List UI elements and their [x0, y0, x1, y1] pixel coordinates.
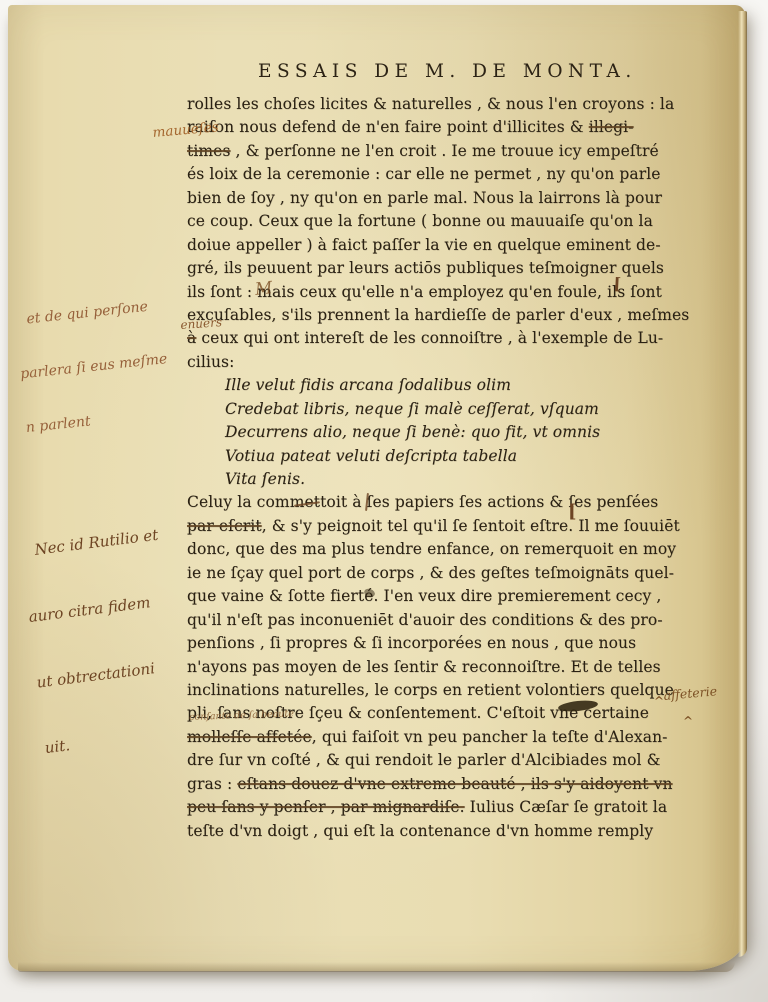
struck-text: par eſcrit [187, 517, 262, 535]
print-text: penſions , ſi propres & ſi incorporées e… [187, 634, 636, 652]
print-text: Votiua pateat veluti deſcripta tabella [225, 447, 517, 465]
print-line: times , & perſonne ne l'en croit . Ie me… [187, 140, 679, 163]
overwritten-capital-m-mark: M [254, 278, 273, 300]
print-text: Celuy la commettoit à ſes papiers ſes ac… [187, 493, 658, 511]
print-text: qu'il n'eſt pas inconueniēt d'auoir des … [187, 611, 663, 629]
print-line: qu'il n'eſt pas inconueniēt d'auoir des … [187, 609, 679, 632]
print-line: molleſſe affetée, qui faiſoit vn peu pan… [187, 726, 679, 749]
margin-note-line: auro citra fidem [27, 589, 167, 628]
print-text: Credebat libris, neque ſi malè ceſſerat,… [225, 400, 599, 418]
print-text: Vita ſenis. [225, 470, 305, 488]
print-line: peu ſans y penſer , par mignardiſe. Iuli… [187, 796, 679, 819]
print-text: inclinations naturelles, le corps en ret… [187, 681, 674, 699]
insertion-bracket-mark: [ [613, 274, 622, 293]
print-line: Votiua pateat veluti deſcripta tabella [187, 445, 679, 468]
print-line: inclinations naturelles, le corps en ret… [187, 679, 679, 702]
print-text: donc, que des ma plus tendre enfance, on… [187, 540, 676, 558]
print-line: que vaine & ſotte fierté. I'en veux dire… [187, 585, 679, 608]
print-line: Decurrens alio, neque ſi benè: quo fit, … [187, 421, 679, 444]
struck-text: molleſſe affetée [187, 728, 312, 746]
margin-note-left-persone: et de qui perſone parlera ſi eus meſme n… [10, 261, 177, 473]
margin-note-line: parlera ſi eus meſme [19, 350, 168, 383]
print-line: doiue appeller ) à faict paſſer la vie e… [187, 234, 679, 257]
print-text: gré, ils peuuent par leurs actiōs publiq… [187, 259, 664, 277]
margin-note-line: n parlent [25, 404, 174, 437]
print-text: , & perſonne ne l'en croit . Ie me trouu… [231, 142, 659, 160]
print-text: gras : [187, 775, 237, 793]
print-line: par eſcrit, & s'y peignoit tel qu'il ſe … [187, 515, 679, 538]
print-line: Vita ſenis. [187, 468, 679, 491]
insertion-caret-mark: ^ [654, 694, 664, 708]
print-line: raiſon nous defend de n'en faire point d… [187, 116, 679, 139]
print-line: cilius: [187, 351, 679, 374]
insertion-bracket-mark: [ [568, 501, 577, 522]
scan-background: { "document": { "running_header": "ESSAI… [0, 0, 768, 1002]
print-text: Decurrens alio, neque ſi benè: quo fit, … [225, 423, 600, 441]
print-line: Celuy la commettoit à ſes papiers ſes ac… [187, 491, 679, 514]
struck-text: illegi- [589, 118, 634, 136]
print-text: ceux qui ont intereſt de les connoiſtre … [196, 329, 663, 347]
print-text: ie ne ſçay quel port de corps , & des ge… [187, 564, 674, 582]
margin-correction-affeterie: affeterie [663, 683, 718, 703]
print-text: , & s'y peignoit tel qu'il ſe ſentoit eſ… [262, 517, 680, 535]
book-page: ESSAIS DE M. DE MONTA. rolles les choſes… [8, 5, 745, 971]
print-text: rolles les choſes licites & naturelles ,… [187, 95, 674, 113]
print-text: dre ſur vn coſté , & qui rendoit le parl… [187, 751, 661, 769]
print-text: Ille velut fidis arcana ſodalibus olim [225, 376, 511, 394]
print-text: raiſon nous defend de n'en faire point d… [187, 118, 589, 136]
struck-text: eſtans douez d'vne extreme beauté , ils … [237, 775, 672, 793]
margin-note-line: ut obtrectationi [35, 655, 175, 694]
print-text: cilius: [187, 353, 234, 371]
margin-note-line: Nec id Rutilio et [33, 524, 159, 561]
print-text: , qui faiſoit vn peu pancher la teſte d'… [312, 728, 668, 746]
print-text: és loix de la ceremonie : car elle ne pe… [187, 165, 661, 183]
print-line: ie ne ſçay quel port de corps , & des ge… [187, 562, 679, 585]
print-text: Iulius Cæſar ſe gratoit la [465, 798, 668, 816]
struck-text: times [187, 142, 231, 160]
print-line: à ceux qui ont intereſt de les connoiſtr… [187, 327, 679, 350]
print-text: ce coup. Ceux que la fortune ( bonne ou … [187, 212, 653, 230]
print-line: dre ſur vn coſté , & qui rendoit le parl… [187, 749, 679, 772]
margin-note-left-rutilio: Nec id Rutilio et auro citra fidem ut ob… [14, 480, 189, 803]
insertion-caret-mark: ^ [683, 714, 693, 728]
print-line: donc, que des ma plus tendre enfance, on… [187, 538, 679, 561]
running-header: ESSAIS DE M. DE MONTA. [258, 61, 637, 82]
print-line: Credebat libris, neque ſi malè ceſſerat,… [187, 398, 679, 421]
print-line: ce coup. Ceux que la fortune ( bonne ou … [187, 210, 679, 233]
print-text: teſte d'vn doigt , qui eſt la contenance… [187, 822, 653, 840]
interline-correction-enuers: enuers [180, 315, 222, 332]
print-text: excuſables, s'ils prennent la hardieſſe … [187, 306, 689, 324]
print-text: bien de ſoy , ny qu'on en parle mal. Nou… [187, 189, 662, 207]
print-line: excuſables, s'ils prennent la hardieſſe … [187, 304, 679, 327]
struck-text: à [187, 329, 196, 347]
print-line: bien de ſoy , ny qu'on en parle mal. Nou… [187, 187, 679, 210]
print-line: Ille velut fidis arcana ſodalibus olim [187, 374, 679, 397]
margin-note-line: et de qui perſone [26, 296, 163, 328]
print-line: és loix de la ceremonie : car elle ne pe… [187, 163, 679, 186]
text-block: rolles les choſes licites & naturelles ,… [187, 93, 679, 843]
print-line: n'ayons pas moyen de les ſentir & reconn… [187, 656, 679, 679]
print-text: n'ayons pas moyen de les ſentir & reconn… [187, 658, 661, 676]
print-text: que vaine & ſotte fierté. I'en veux dire… [187, 587, 661, 605]
print-line: rolles les choſes licites & naturelles ,… [187, 93, 679, 116]
print-line: penſions , ſi propres & ſi incorporées e… [187, 632, 679, 655]
print-line: gras : eſtans douez d'vne extreme beauté… [187, 773, 679, 796]
print-text: doiue appeller ) à faict paſſer la vie e… [187, 236, 661, 254]
margin-note-line: uit. [43, 720, 183, 759]
struck-text: peu ſans y penſer , par mignardiſe. [187, 798, 465, 816]
print-line: gré, ils peuuent par leurs actiōs publiq… [187, 257, 679, 280]
print-line: teſte d'vn doigt , qui eſt la contenance… [187, 820, 679, 843]
